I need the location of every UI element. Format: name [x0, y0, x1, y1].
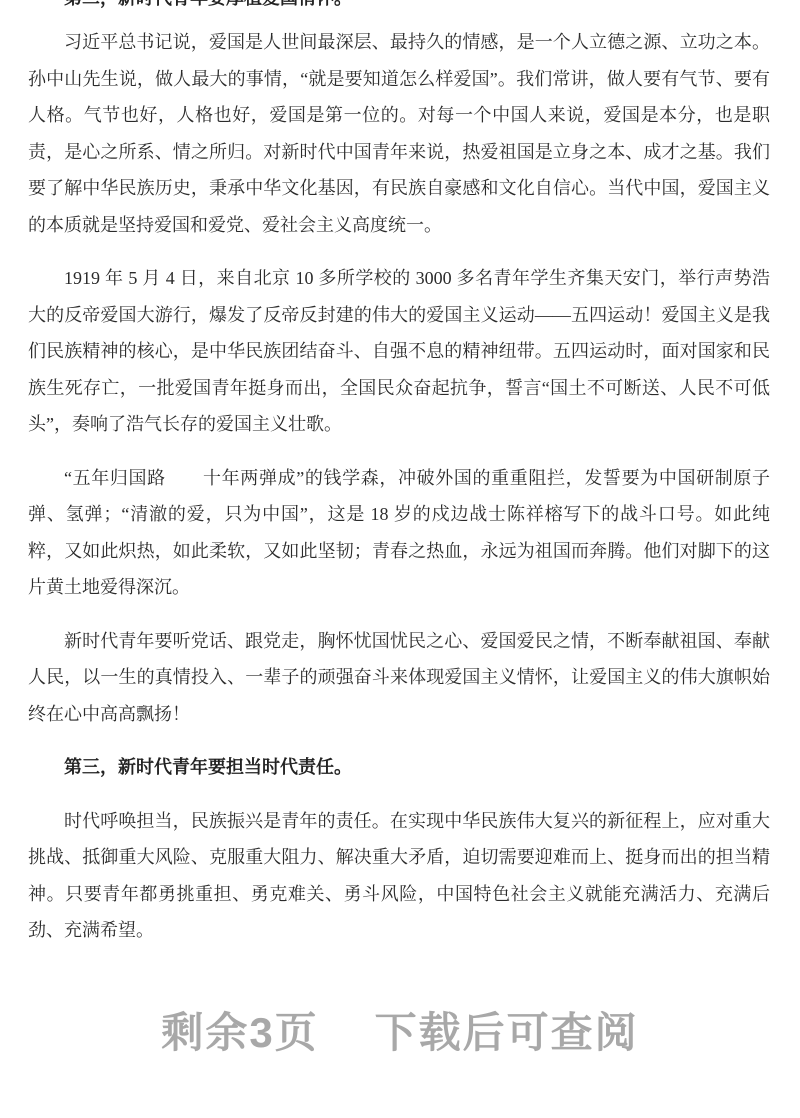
document-page: 第二，新时代青年要厚植爱国情怀。 习近平总书记说，爱国是人世间最深层、最持久的情… [0, 0, 800, 1118]
clipped-heading-line: 第二，新时代青年要厚植爱国情怀。 [28, 0, 770, 12]
download-hint-text: 下载后可查阅 [375, 1009, 639, 1057]
paragraph-new-era-youth-devotion: 新时代青年要听党话、跟党走，胸怀忧国忧民之心、爱国爱民之情，不断奉献祖国、奉献人… [28, 623, 770, 733]
paragraph-xi-jinping-patriotism: 习近平总书记说，爱国是人世间最深层、最持久的情感，是一个人立德之源、立功之本。孙… [28, 24, 770, 243]
pages-remaining-text: 剩余3页 [161, 1009, 318, 1057]
paragraph-qian-xuesen: “五年归国路 十年两弹成”的钱学森，冲破外国的重重阻拦，发誓要为中国研制原子弹、… [28, 460, 770, 606]
download-banner: 剩余3页 下载后可查阅 [0, 1009, 800, 1057]
section-heading-third: 第三，新时代青年要担当时代责任。 [28, 749, 770, 786]
paragraph-may-fourth-movement: 1919 年 5 月 4 日，来自北京 10 多所学校的 3000 多名青年学生… [28, 260, 770, 443]
paragraph-era-responsibility: 时代呼唤担当，民族振兴是青年的责任。在实现中华民族伟大复兴的新征程上，应对重大挑… [28, 803, 770, 949]
clipped-heading-text: 第二，新时代青年要厚植爱国情怀。 [28, 0, 770, 12]
document-content: 第二，新时代青年要厚植爱国情怀。 习近平总书记说，爱国是人世间最深层、最持久的情… [0, 0, 800, 949]
